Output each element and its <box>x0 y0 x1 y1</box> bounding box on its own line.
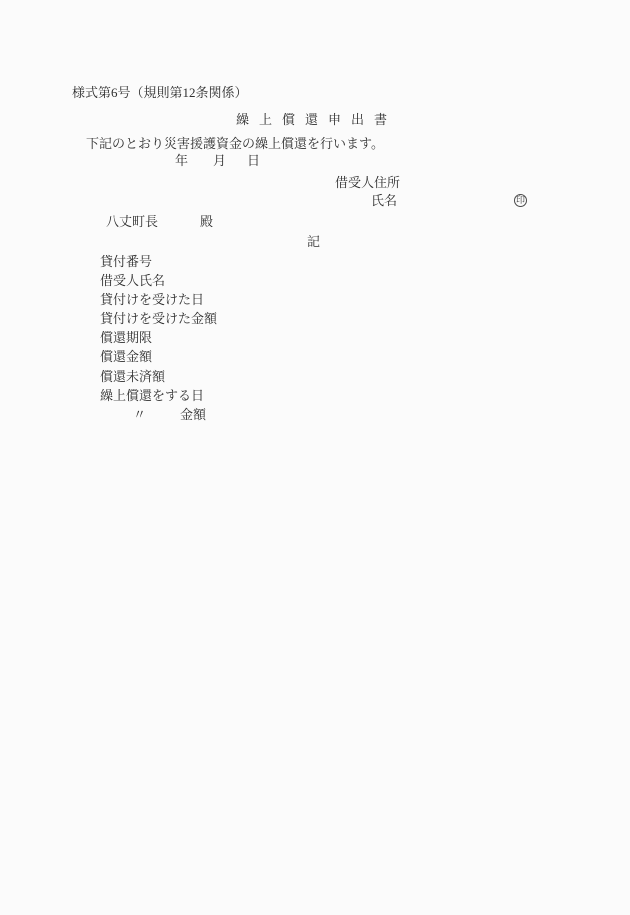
list-item: 貸付けを受けた日 <box>100 293 217 312</box>
record-marker: 記 <box>307 235 320 248</box>
list-item: 貸付けを受けた金額 <box>100 312 217 331</box>
date-year-label: 年 <box>175 154 213 167</box>
ditto-label: 金額 <box>180 408 206 421</box>
date-month-label: 月 <box>213 154 247 167</box>
date-line: 年月日 <box>175 154 260 167</box>
list-item: 貸付番号 <box>100 255 217 274</box>
list-item: 借受人氏名 <box>100 274 217 293</box>
date-day-label: 日 <box>247 154 260 167</box>
seal-icon: 印 <box>514 194 527 207</box>
list-item: 繰上償還をする日 <box>100 389 217 408</box>
ditto-mark: 〃 <box>133 408 146 421</box>
borrower-address-label: 借受人住所 <box>335 176 400 189</box>
addressee-name: 八丈町長 <box>106 214 158 229</box>
document-title: 繰上償還申出書 <box>236 113 397 126</box>
addressee-honorific: 殿 <box>200 214 213 229</box>
addressee-line: 八丈町長殿 <box>106 215 213 228</box>
form-number: 様式第6号（規則第12条関係） <box>72 86 248 99</box>
item-list: 貸付番号 借受人氏名 貸付けを受けた日 貸付けを受けた金額 償還期限 償還金額 … <box>100 255 217 427</box>
document-page: 様式第6号（規則第12条関係） 繰上償還申出書 下記のとおり災害援護資金の繰上償… <box>0 0 630 915</box>
list-item: 償還未済額 <box>100 370 217 389</box>
list-item: 償還期限 <box>100 331 217 350</box>
borrower-name-label: 氏名 <box>371 194 397 207</box>
list-item: 償還金額 <box>100 350 217 369</box>
intro-sentence: 下記のとおり災害援護資金の繰上償還を行います。 <box>86 137 384 150</box>
list-item-ditto: 〃金額 <box>100 408 217 427</box>
